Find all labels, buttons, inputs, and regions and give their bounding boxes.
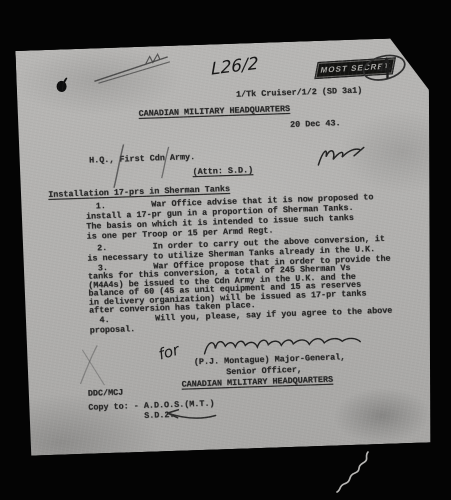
handwritten-page-number: 4 [360,52,409,84]
handwritten-for: for [156,341,181,364]
paper-fiber-squiggle [332,450,374,494]
file-reference: 1/Tk Cruiser/1/2 (SD 3a1) [236,85,363,99]
handwritten-file-note: L26/2 [211,54,259,80]
paragraph-1: 1. War Office advise that it is now prop… [85,192,374,242]
handwritten-initials [314,143,367,171]
pencil-cross [69,341,117,390]
scanner-background: L26/2 MOST SECRET 4 1/Tk Cruiser/1/2 (SD… [0,0,451,500]
annotation-arrow [157,403,220,423]
signatory-organization: CANADIAN MILITARY HEADQUARTERS [181,375,333,390]
reference-initials: DDC/MCJ [88,388,124,399]
pencil-scribble [87,50,180,87]
document-paper: L26/2 MOST SECRET 4 1/Tk Cruiser/1/2 (SD… [15,37,440,455]
attention-line: (Attn: S.D.) [192,165,253,177]
ink-blot-icon [54,75,71,94]
paragraph-3: 3. War Office propose that in order to p… [88,255,393,315]
letterhead-title: CANADIAN MILITARY HEADQUARTERS [138,104,290,119]
date-line: 20 Dec 43. [290,118,341,130]
